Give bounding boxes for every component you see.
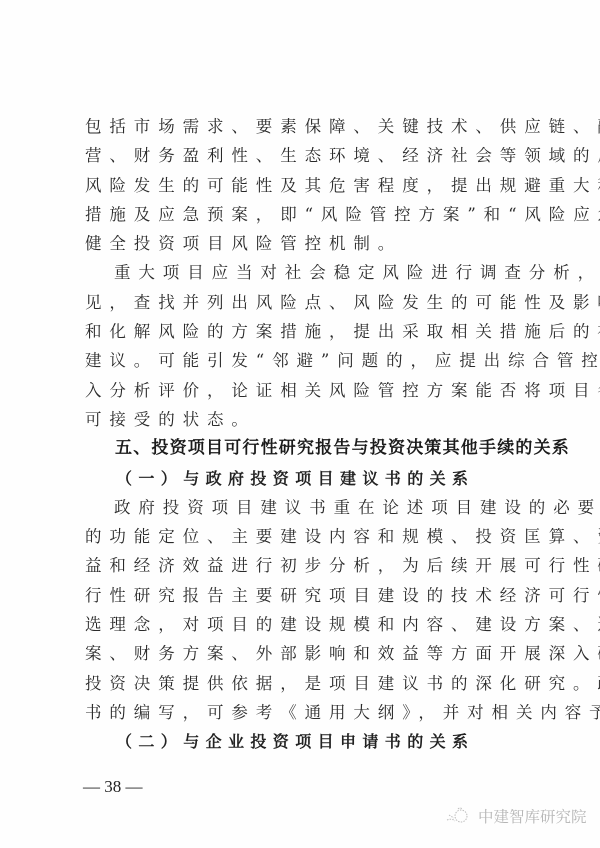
watermark: 中建智库研究院: [445, 804, 587, 828]
text-line: 选理念，对项目的建设规模和内容、建设方案、运营方案、融资方: [85, 610, 529, 639]
text-line: 政府投资项目建议书重在论述项目建设的必要性，主要对项目: [85, 493, 529, 522]
text-line: 益和经济效益进行初步分析，为后续开展可行性研究提供基础。可: [85, 551, 529, 580]
paragraph-risk-analysis-continued: 包括市场需求、要素保障、关键技术、供应链、融资环境、建设运 营、财务盈利性、生态…: [85, 112, 529, 258]
text-line: 建议。可能引发“邻避”问题的，应提出综合管控方案。要通过深: [85, 346, 529, 375]
text-line: 和化解风险的方案措施，提出采取相关措施后的社会稳定风险等级: [85, 317, 529, 346]
text-line: 可接受的状态。: [85, 405, 529, 434]
text-line: 风险发生的可能性及其危害程度，提出规避重大和较大风险的对策: [85, 171, 529, 200]
subsection-heading-2: （二）与企业投资项目申请书的关系: [85, 727, 529, 756]
text-line: 包括市场需求、要素保障、关键技术、供应链、融资环境、建设运: [85, 112, 529, 141]
paragraph-social-stability-risk: 重大项目应当对社会稳定风险进行调查分析，征询相关群众意 见，查找并列出风险点、风…: [85, 258, 529, 434]
text-line: 书的编写，可参考《通用大纲》，并对相关内容予以适当简化。: [85, 698, 529, 727]
text-line: 见，查找并列出风险点、风险发生的可能性及影响程度，提出防范: [85, 288, 529, 317]
wechat-official-account-icon: [445, 806, 471, 826]
document-body: 包括市场需求、要素保障、关键技术、供应链、融资环境、建设运 营、财务盈利性、生态…: [85, 112, 529, 757]
page-number: — 38 —: [83, 777, 143, 797]
text-line: 重大项目应当对社会稳定风险进行调查分析，征询相关群众意: [85, 258, 529, 287]
text-line: 行性研究报告主要研究项目建设的技术经济可行性，贯彻多方案比: [85, 581, 529, 610]
text-line: 投资决策提供依据，是项目建议书的深化研究。政府投资项目建议: [85, 669, 529, 698]
document-page: 包括市场需求、要素保障、关键技术、供应链、融资环境、建设运 营、财务盈利性、生态…: [0, 0, 600, 848]
subsection-heading-1: （一）与政府投资项目建议书的关系: [85, 464, 529, 493]
paragraph-government-proposal: 政府投资项目建议书重在论述项目建设的必要性，主要对项目 的功能定位、主要建设内容…: [85, 493, 529, 727]
section-heading: 五、投资项目可行性研究报告与投资决策其他手续的关系: [85, 434, 529, 463]
text-line: 健全投资项目风险管控机制。: [85, 229, 529, 258]
text-line: 营、财务盈利性、生态环境、经济社会等领域的风险，并分析评价: [85, 141, 529, 170]
watermark-text: 中建智库研究院: [478, 805, 587, 827]
text-line: 措施及应急预案，即“风险管控方案”和“风险应急预案”，建立: [85, 200, 529, 229]
text-line: 入分析评价，论证相关风险管控方案能否将项目各种风险均降低到: [85, 376, 529, 405]
text-line: 的功能定位、主要建设内容和规模、投资匡算、资金筹措、社会效: [85, 522, 529, 551]
text-line: 案、财务方案、外部影响和效益等方面开展深入研究分析，为政府: [85, 639, 529, 668]
